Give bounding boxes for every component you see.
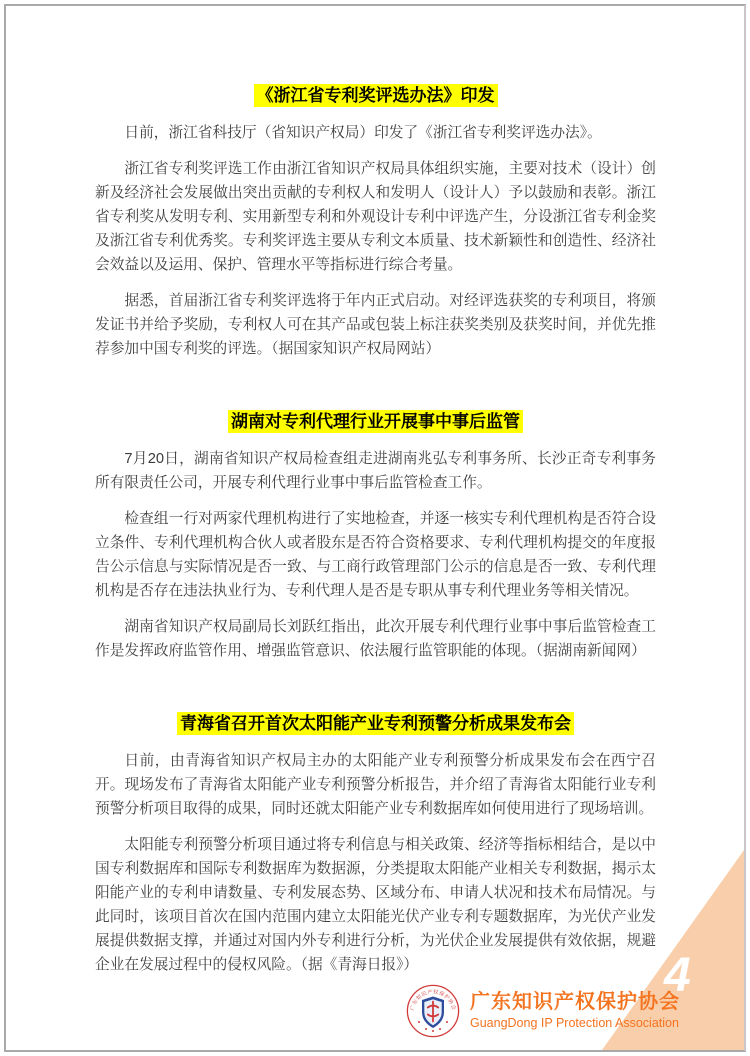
article-title-row: 湖南对专利代理行业开展事中事后监管 xyxy=(95,409,656,435)
article-title: 《浙江省专利奖评选办法》印发 xyxy=(254,84,498,107)
article-section-qinghai: 青海省召开首次太阳能产业专利预警分析成果发布会 日前，由青海省知识产权局主办的太… xyxy=(95,711,656,977)
article-paragraph: 浙江省专利奖评选工作由浙江省知识产权局具体组织实施，主要对技术（设计）创新及经济… xyxy=(95,157,656,277)
org-name-en: GuangDong IP Protection Association xyxy=(470,1016,680,1031)
article-title-row: 青海省召开首次太阳能产业专利预警分析成果发布会 xyxy=(95,711,656,737)
article-title-row: 《浙江省专利奖评选办法》印发 xyxy=(95,83,656,109)
article-paragraph: 检查组一行对两家代理机构进行了实地检查，并逐一核实专利代理机构是否符合设立条件、… xyxy=(95,507,656,603)
article-title: 湖南对专利代理行业开展事中事后监管 xyxy=(228,410,523,433)
article-paragraph: 据悉，首届浙江省专利奖评选将于年内正式启动。对经评选获奖的专利项目，将颁发证书并… xyxy=(95,289,656,361)
article-section-zhejiang: 《浙江省专利奖评选办法》印发 日前，浙江省科技厅（省知识产权局）印发了《浙江省专… xyxy=(95,83,656,361)
article-section-hunan: 湖南对专利代理行业开展事中事后监管 7月20日，湖南省知识产权局检查组走进湖南兆… xyxy=(95,409,656,663)
article-paragraph: 日前，由青海省知识产权局主办的太阳能产业专利预警分析成果发布会在西宁召开。现场发… xyxy=(95,749,656,821)
article-paragraph: 7月20日，湖南省知识产权局检查组走进湖南兆弘专利事务所、长沙正奇专利事务所有限… xyxy=(95,447,656,495)
article-title: 青海省召开首次太阳能产业专利预警分析成果发布会 xyxy=(177,712,574,735)
org-names: 广东知识产权保护协会 GuangDong IP Protection Assoc… xyxy=(470,991,680,1031)
article-paragraph: 日前，浙江省科技厅（省知识产权局）印发了《浙江省专利奖评选办法》。 xyxy=(95,121,656,145)
footer-brand: 广东知识产权保护协会 广东知识产权保护协会 GuangDong IP Prote… xyxy=(406,984,680,1038)
article-paragraph: 湖南省知识产权局副局长刘跃红指出，此次开展专利代理行业事中事后监管检查工作是发挥… xyxy=(95,615,656,663)
article-paragraph: 太阳能专利预警分析项目通过将专利信息与相关政策、经济等指标相结合，是以中国专利数… xyxy=(95,833,656,977)
gdipa-emblem-icon: 广东知识产权保护协会 xyxy=(406,984,460,1038)
newsletter-content: 《浙江省专利奖评选办法》印发 日前，浙江省科技厅（省知识产权局）印发了《浙江省专… xyxy=(95,83,656,977)
org-name-zh: 广东知识产权保护协会 xyxy=(470,991,680,1013)
